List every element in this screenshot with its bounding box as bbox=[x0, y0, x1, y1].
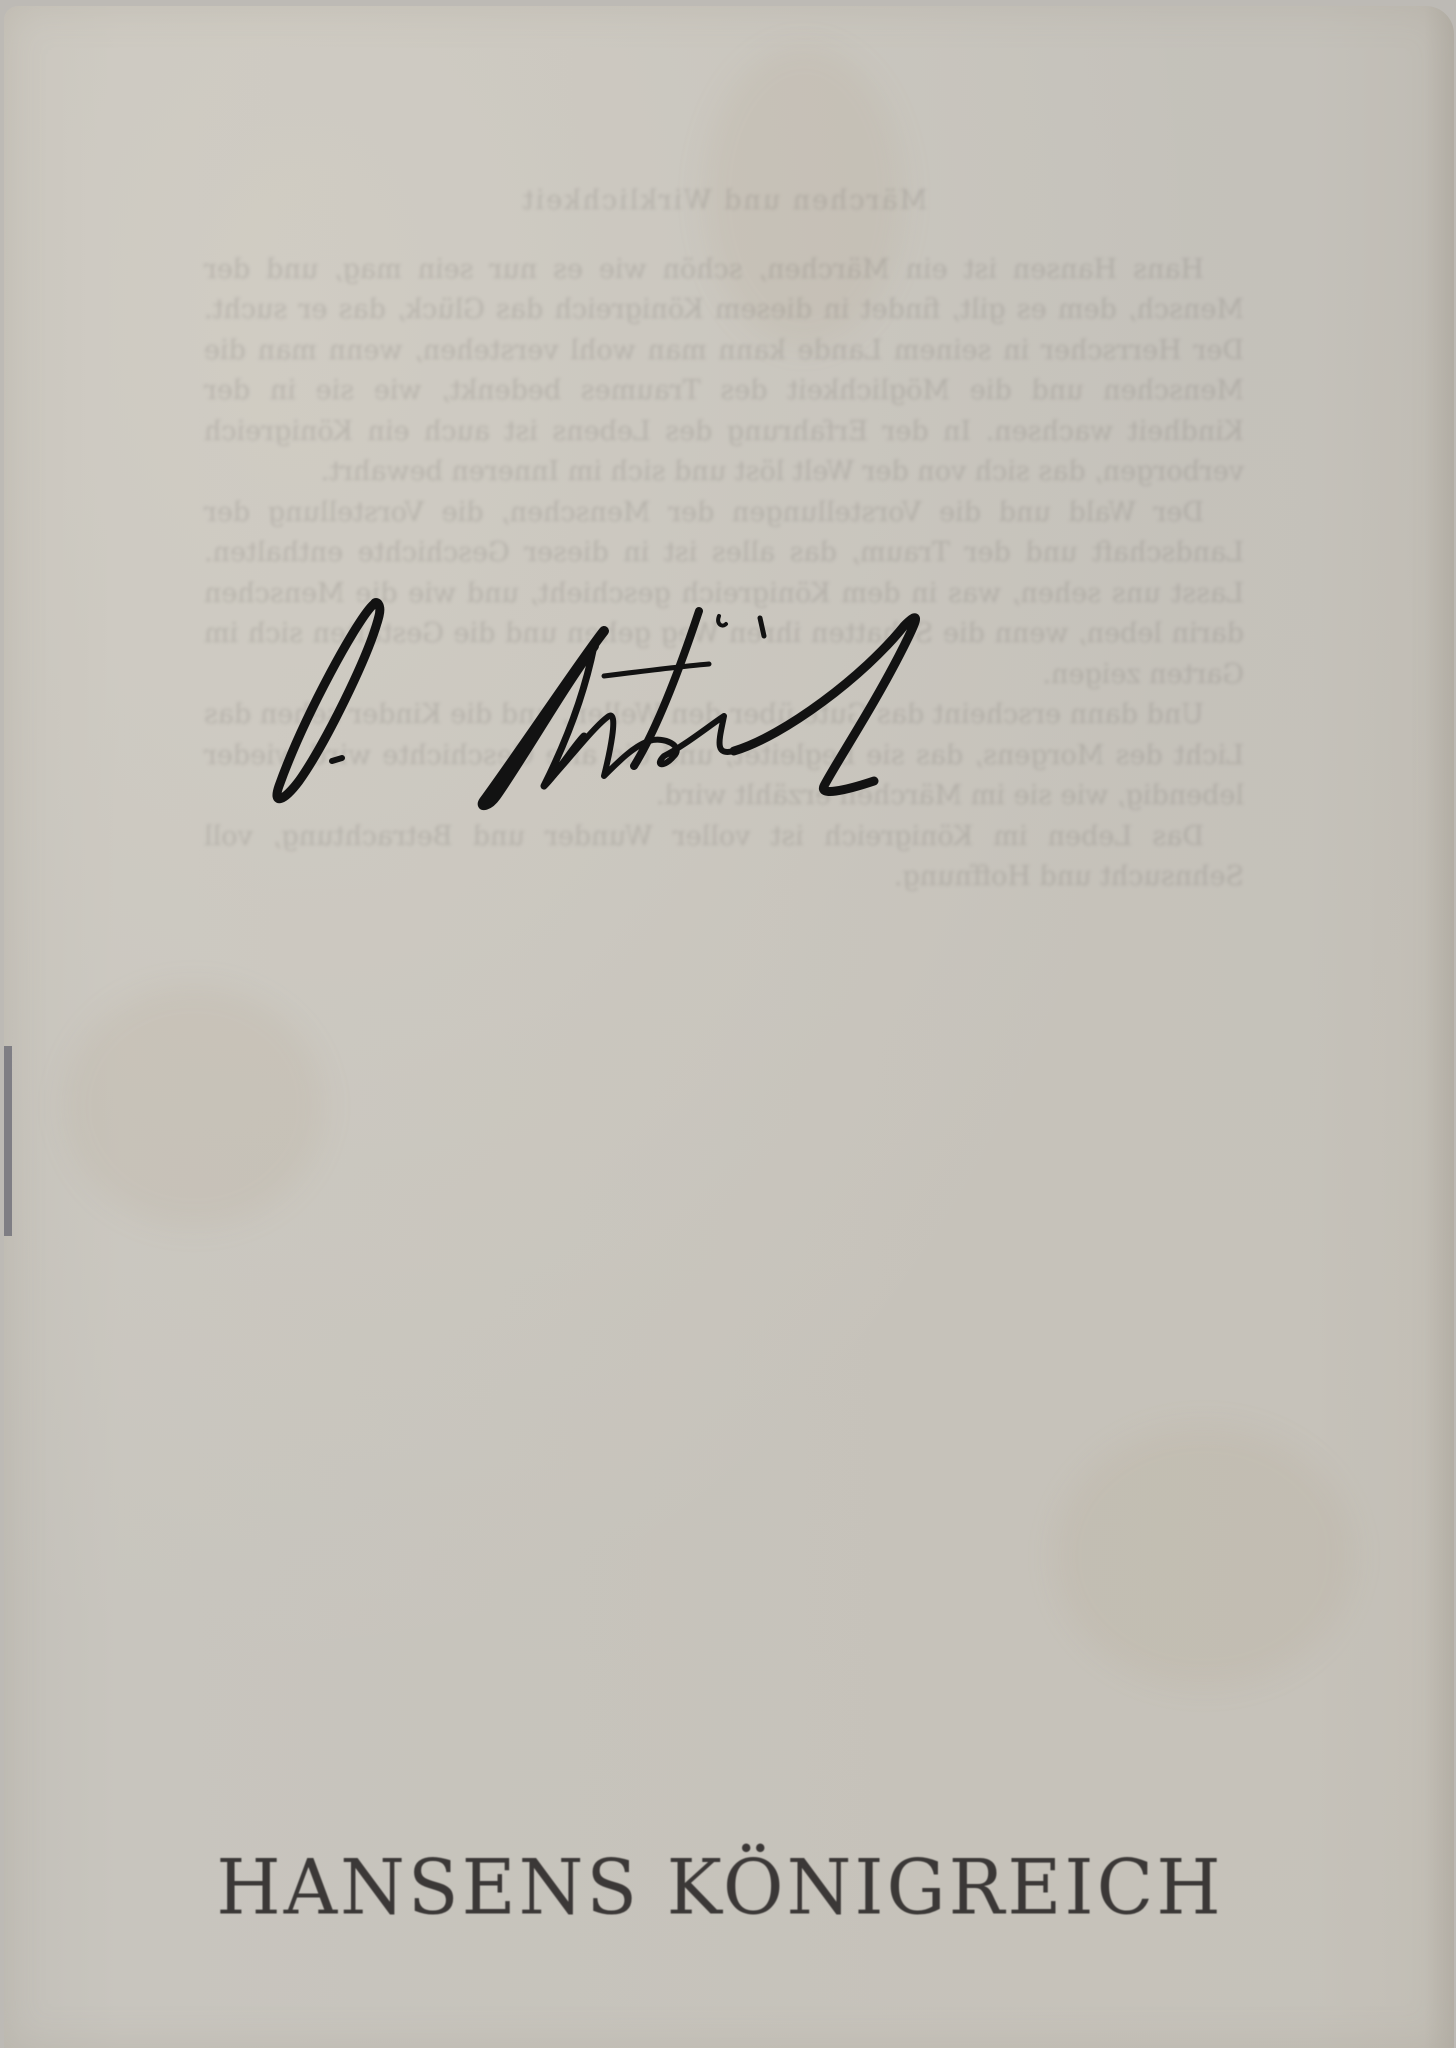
show-through-paragraph: Hans Hansen ist ein Märchen, schön wie e… bbox=[204, 250, 1244, 493]
show-through-paragraph: Das Leben im Königreich ist voller Wunde… bbox=[204, 817, 1244, 898]
page-edge-shadow bbox=[1424, 6, 1454, 2048]
photo-frame: Märchen und Wirklichkeit Hans Hansen ist… bbox=[0, 0, 1456, 2048]
booklet-cover: Märchen und Wirklichkeit Hans Hansen ist… bbox=[4, 6, 1454, 2048]
signature-strokes-icon bbox=[264, 596, 1124, 816]
handwritten-signature: O. Arbeil bbox=[264, 596, 1124, 816]
paper-stain bbox=[64, 986, 324, 1226]
paper-stain bbox=[1054, 1426, 1354, 1686]
show-through-heading: Märchen und Wirklichkeit bbox=[204, 181, 1244, 222]
booklet-title: HANSENS KÖNIGREICH bbox=[4, 1850, 1448, 1925]
spine-binding-tape bbox=[4, 1046, 12, 1236]
